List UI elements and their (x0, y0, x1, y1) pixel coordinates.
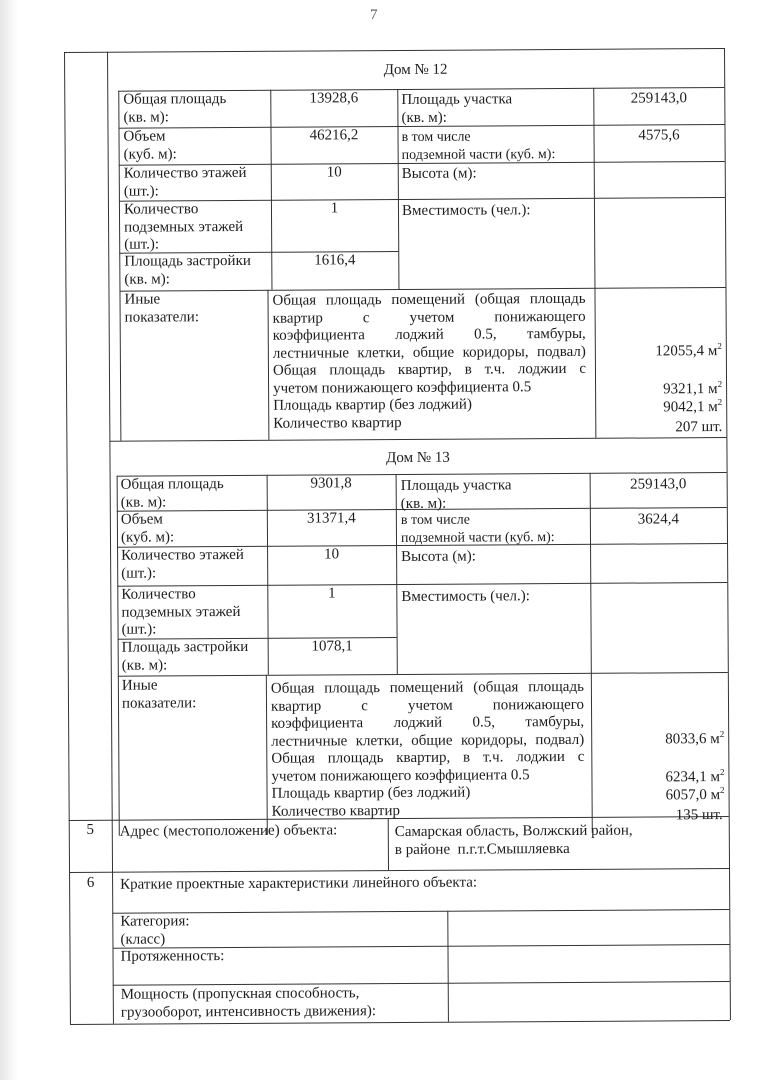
table-right-border (724, 48, 731, 1020)
other-line: учетом понижающего коэффициента 0.5 (271, 766, 584, 785)
section-number: 6 (69, 875, 112, 893)
house-title: Дом № 13 (109, 448, 726, 469)
plot-area-label: Площадь участка (кв. м): (401, 477, 512, 513)
built-area-value: 1078,1 (268, 638, 397, 656)
section-number: 5 (69, 822, 112, 840)
premises-area-value: 12055,4 м2 (599, 343, 722, 361)
col-divider (267, 290, 269, 440)
other-line: Площадь квартир (без лоджий) (273, 396, 586, 415)
section-6-linear-object: 6 Краткие проектные характеристики линей… (0, 0, 754, 2)
height-label: Высота (м): (402, 166, 477, 184)
underground-floors-value: 1 (271, 200, 398, 218)
row-divider (113, 981, 730, 986)
other-line: Общая площадь помещений (общая площадь (272, 291, 585, 310)
other-line: коэффициента лоджий 0.5, тамбуры, (273, 326, 586, 345)
col-divider (447, 911, 449, 1022)
apartments-area-loggias-value: 6234,1 м2 (595, 769, 724, 787)
house-13-block: Дом № 13 Общая площадь (кв. м): 9301,8 П… (0, 0, 754, 2)
total-area-label: Общая площадь (кв. м): (121, 476, 224, 512)
underground-floors-label: Количество подземных этажей (шт.): (121, 586, 240, 639)
capacity-label: Мощность (пропускная способность, грузоо… (121, 985, 376, 1022)
apartments-area-value: 9042,1 м2 (599, 399, 722, 417)
volume-label: Объем (куб. м): (121, 511, 174, 546)
plot-area-value: 259143,0 (590, 476, 727, 494)
volume-value: 46216,2 (270, 127, 397, 145)
table-top-border (64, 48, 724, 53)
other-line: квартир с учетом понижающего (271, 696, 584, 715)
apartments-area-value: 6057,0 м2 (596, 787, 725, 805)
other-indicators-label: Иные показатели: (122, 677, 197, 712)
capacity-label: Вместимость (чел.): (401, 588, 530, 606)
other-indicators-label: Иные показатели: (124, 291, 199, 326)
floors-label: Количество этажей (шт.): (121, 547, 244, 583)
built-area-label: Площадь застройки (кв. м): (122, 639, 249, 675)
document-page: Дом № 12 Общая площадь (кв. м): 13928,6 … (0, 0, 757, 1080)
plot-area-value: 259143,0 (593, 90, 724, 108)
other-line: Количество квартир (273, 413, 586, 432)
underground-volume-label: в том числе подземной части (куб. м): (401, 128, 555, 164)
other-line: Общая площадь квартир, в т.ч. лоджии с (273, 361, 586, 380)
floors-value: 10 (267, 546, 396, 564)
category-label: Категория: (класс) (120, 913, 189, 948)
other-indicators-text: Общая площадь помещений (общая площадь к… (271, 679, 585, 821)
other-line: Количество квартир (272, 801, 585, 820)
section-5-address: 5 Адрес (местоположение) объекта: Самарс… (0, 0, 754, 2)
row-divider (109, 437, 726, 442)
underground-volume-value: 3624,4 (590, 511, 727, 529)
col-divider (388, 818, 389, 870)
underground-floors-value: 1 (267, 585, 396, 603)
built-area-value: 1616,4 (271, 252, 398, 270)
other-line: лестничные клетки, общие коридоры, подва… (271, 731, 584, 750)
underground-volume-label: в том числе подземной части (куб. м): (401, 511, 555, 547)
inner-left-border (117, 476, 120, 836)
plot-area-label: Площадь участка (кв. м): (401, 91, 512, 127)
floors-label: Количество этажей (шт.): (124, 165, 247, 201)
volume-label: Объем (куб. м): (123, 128, 176, 163)
length-label: Протяженность: (120, 948, 224, 966)
volume-value: 31371,4 (267, 510, 396, 528)
underground-volume-value: 4575,6 (593, 127, 724, 145)
other-line: Общая площадь квартир, в т.ч. лоджии с (271, 749, 584, 768)
inner-left-border (118, 91, 121, 441)
built-area-label: Площадь застройки (кв. м): (124, 253, 251, 289)
total-area-value: 9301,8 (267, 475, 396, 493)
other-line: лестничные клетки, общие коридоры, подва… (273, 343, 586, 362)
other-line: Общая площадь помещений (общая площадь (271, 679, 584, 698)
underground-floors-label: Количество подземных этажей (шт.): (124, 201, 243, 254)
total-area-label: Общая площадь (кв. м): (123, 91, 226, 127)
col-divider (266, 675, 268, 835)
row-divider (112, 909, 729, 914)
address-value: Самарская область, Волжский район, в рай… (395, 822, 633, 859)
other-indicators-text: Общая площадь помещений (общая площадь к… (272, 291, 586, 433)
apartments-area-loggias-value: 9321,1 м2 (599, 381, 722, 399)
other-line: учетом понижающего коэффициента 0.5 (273, 378, 586, 397)
row-divider (69, 868, 729, 873)
capacity-label: Вместимость (чел.): (402, 202, 531, 220)
address-label: Адрес (местоположение) объекта: (120, 822, 338, 841)
house-title: Дом № 12 (107, 60, 724, 81)
height-label: Высота (м): (401, 549, 476, 567)
apartments-count-value: 207 шт. (599, 419, 722, 437)
floors-value: 10 (271, 164, 398, 182)
house-12-block: Дом № 12 Общая площадь (кв. м): 13928,6 … (0, 0, 754, 2)
section-title: Краткие проектные характеристики линейно… (120, 875, 477, 895)
other-line: квартир с учетом понижающего (273, 308, 586, 327)
other-line: коэффициента лоджий 0.5, тамбуры, (271, 714, 584, 733)
total-area-value: 13928,6 (270, 90, 397, 108)
other-line: Площадь квартир (без лоджий) (271, 784, 584, 803)
premises-area-value: 8033,6 м2 (595, 731, 724, 749)
